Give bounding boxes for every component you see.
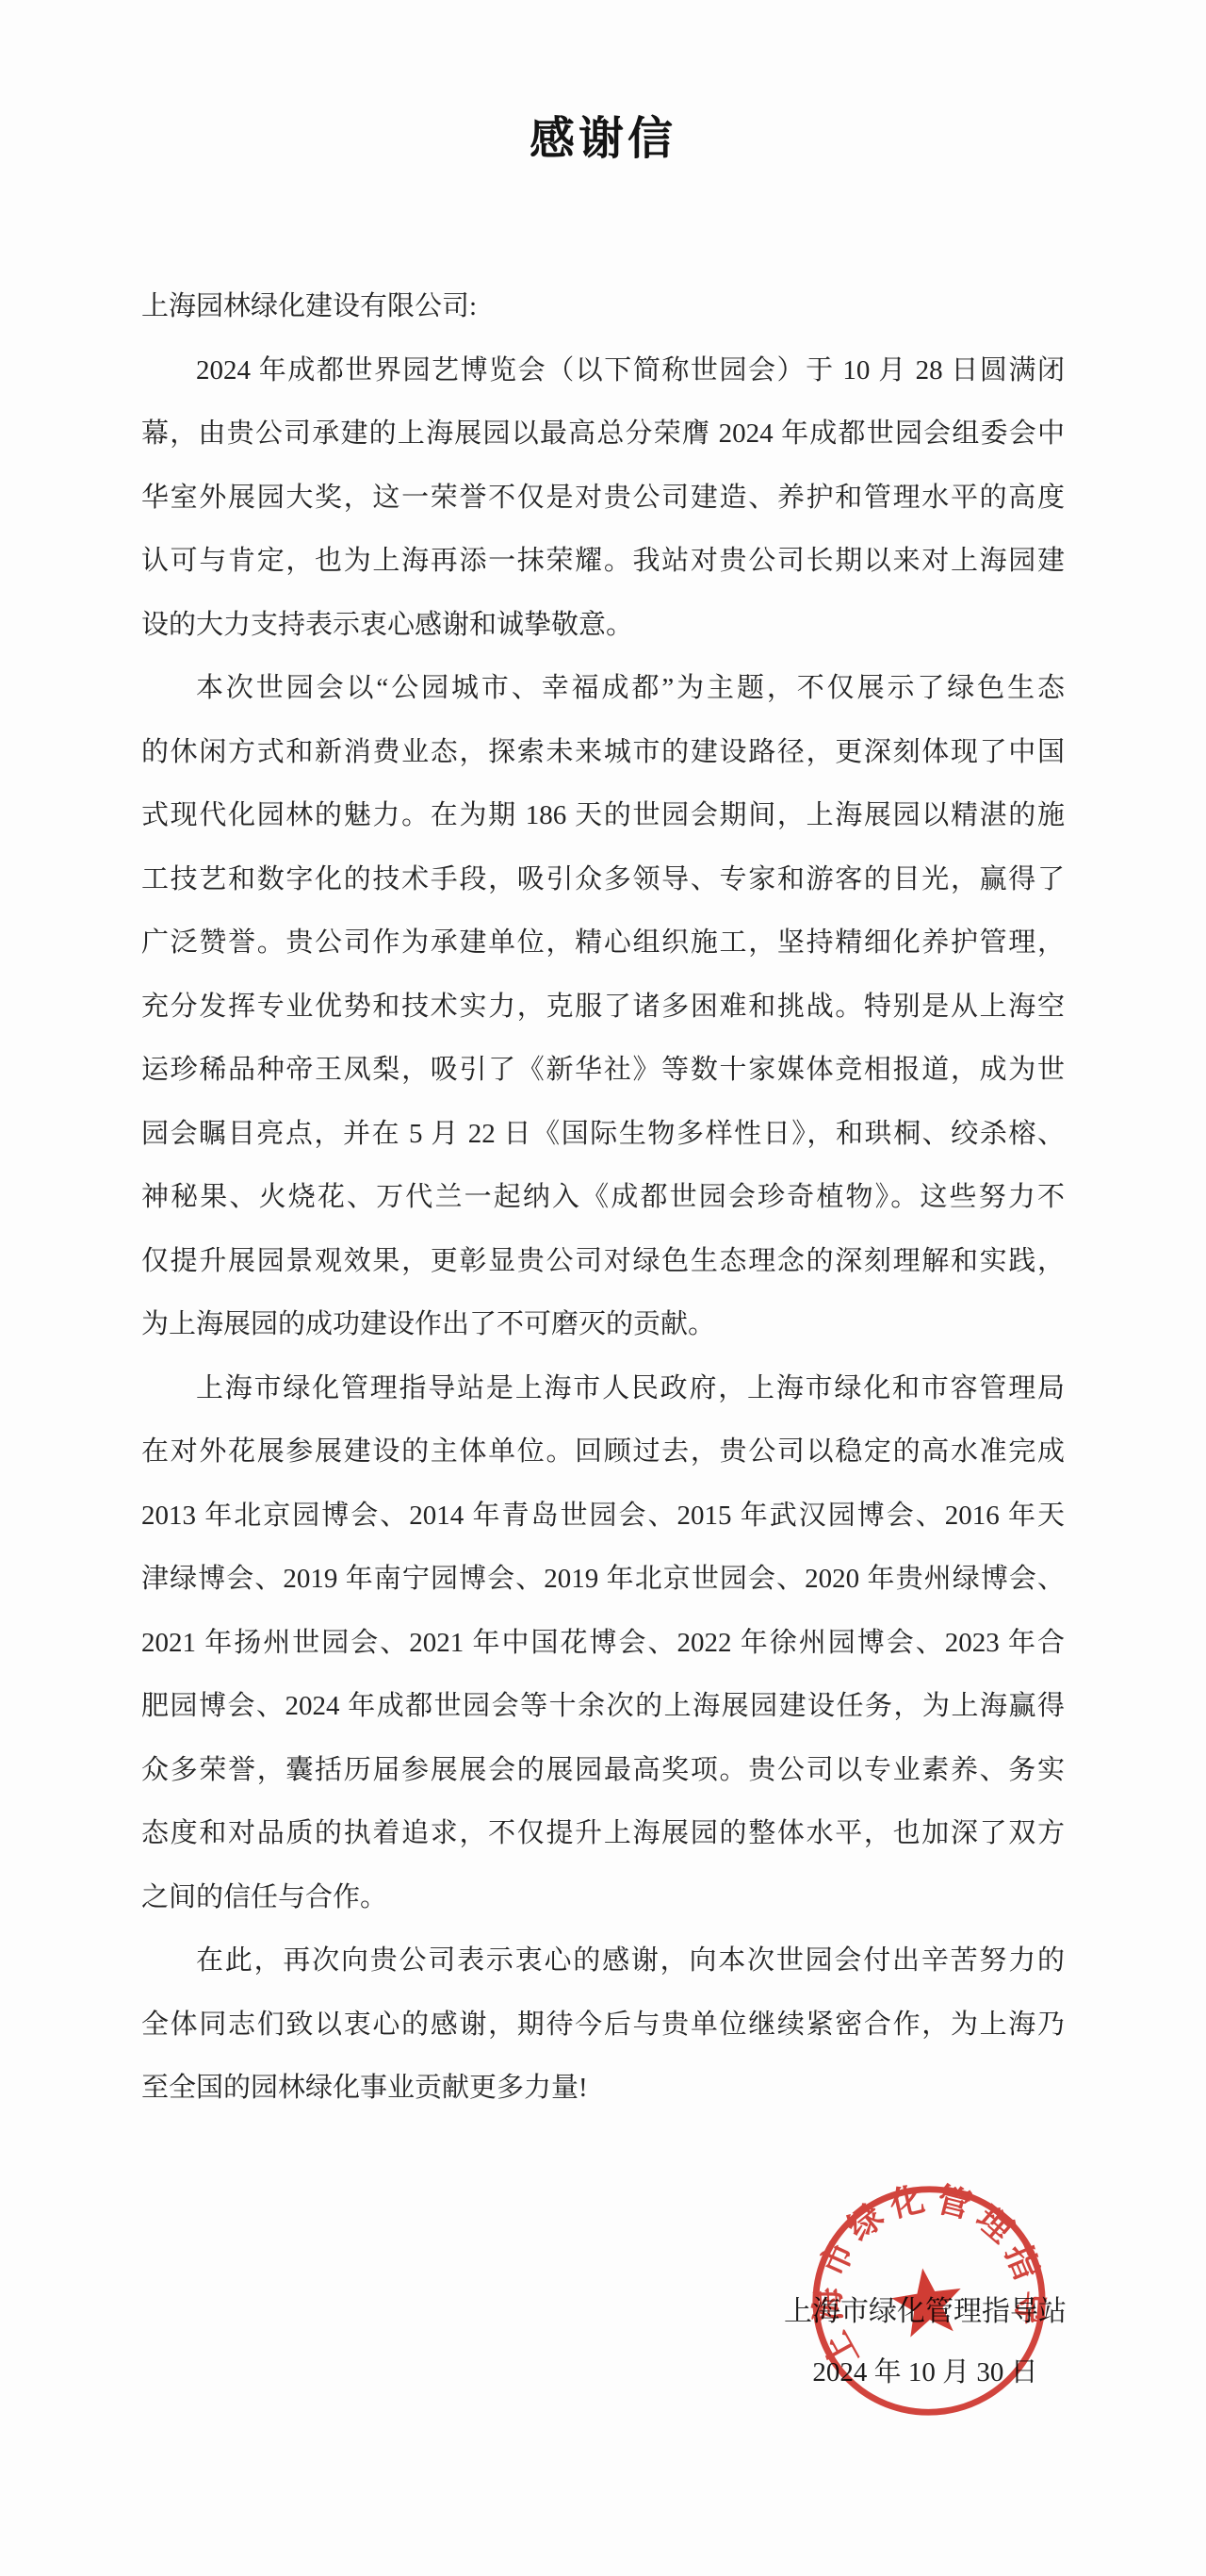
paragraph-2-line-8: 园会瞩目亮点，并在 5 月 22 日《国际生物多样性日》，和珙桐、绞杀榕、 — [141, 1103, 1065, 1167]
paragraph-1-line-3: 华室外展园大奖，这一荣誉不仅是对贵公司建造、养护和管理水平的高度 — [141, 467, 1065, 531]
paragraph-2-line-7: 运珍稀品种帝王凤梨，吸引了《新华社》等数十家媒体竞相报道，成为世 — [141, 1039, 1065, 1103]
paragraphs: 2024 年成都世界园艺博览会（以下简称世园会）于 10 月 28 日圆满闭幕，… — [141, 339, 1065, 2121]
seal-curved-text: 上海市绿化管理指导站 — [808, 2181, 1050, 2378]
paragraph-1-line-5: 设的大力支持表示衷心感谢和诚挚敬意。 — [141, 594, 1065, 658]
paragraph-3-line-5: 2021 年扬州世园会、2021 年中国花博会、2022 年徐州园博会、2023… — [141, 1612, 1065, 1676]
paragraph-2-line-3: 式现代化园林的魅力。在为期 186 天的世园会期间，上海展园以精湛的施 — [141, 784, 1065, 848]
paragraph-2-line-1: 本次世园会以“公园城市、幸福成都”为主题，不仅展示了绿色生态 — [141, 657, 1065, 721]
paragraph-2-line-4: 工技艺和数字化的技术手段，吸引众多领导、专家和游客的目光，赢得了 — [141, 848, 1065, 912]
paragraph-2-line-9: 神秘果、火烧花、万代兰一起纳入《成都世园会珍奇植物》。这些努力不 — [141, 1166, 1065, 1230]
paragraph-3-line-9: 之间的信任与合作。 — [141, 1866, 1065, 1930]
paragraph-1-line-1: 2024 年成都世界园艺博览会（以下简称世园会）于 10 月 28 日圆满闭 — [141, 339, 1065, 403]
paragraph-4-line-3: 至全国的园林绿化事业贡献更多力量! — [141, 2057, 1065, 2121]
paragraph-3-line-1: 上海市绿化管理指导站是上海市人民政府，上海市绿化和市容管理局 — [141, 1357, 1065, 1421]
paragraph-2-line-6: 充分发挥专业优势和技术实力，克服了诸多困难和挑战。特别是从上海空 — [141, 976, 1065, 1040]
letter-page: 感谢信 上海园林绿化建设有限公司: 2024 年成都世界园艺博览会（以下简称世园… — [0, 0, 1206, 2576]
official-seal-stamp: 上海市绿化管理指导站 — [808, 2181, 1050, 2420]
seal-star-icon — [888, 2263, 966, 2338]
paragraph-3-line-4: 津绿博会、2019 年南宁园博会、2019 年北京世园会、2020 年贵州绿博会… — [141, 1548, 1065, 1612]
paragraph-4-line-1: 在此，再次向贵公司表示衷心的感谢，向本次世园会付出辛苦努力的 — [141, 1929, 1065, 1994]
paragraph-2-line-10: 仅提升展园景观效果，更彰显贵公司对绿色生态理念的深刻理解和实践， — [141, 1230, 1065, 1294]
page-title: 感谢信 — [0, 102, 1206, 167]
paragraph-3-line-7: 众多荣誉，囊括历届参展展会的展园最高奖项。贵公司以专业素养、务实 — [141, 1739, 1065, 1803]
paragraph-3-line-3: 2013 年北京园博会、2014 年青岛世园会、2015 年武汉园博会、2016… — [141, 1485, 1065, 1549]
salutation: 上海园林绿化建设有限公司: — [141, 275, 1065, 339]
paragraph-4-line-2: 全体同志们致以衷心的感谢，期待今后与贵单位继续紧密合作，为上海乃 — [141, 1994, 1065, 2058]
paragraph-3-line-2: 在对外花展参展建设的主体单位。回顾过去，贵公司以稳定的高水准完成 — [141, 1420, 1065, 1485]
paragraph-3-line-8: 态度和对品质的执着追求，不仅提升上海展园的整体水平，也加深了双方 — [141, 1802, 1065, 1866]
paragraph-2-line-2: 的休闲方式和新消费业态，探索未来城市的建设路径，更深刻体现了中国 — [141, 721, 1065, 785]
letter-body: 上海园林绿化建设有限公司: 2024 年成都世界园艺博览会（以下简称世园会）于 … — [141, 275, 1065, 2121]
paragraph-1-line-2: 幕，由贵公司承建的上海展园以最高总分荣膺 2024 年成都世园会组委会中 — [141, 402, 1065, 467]
paragraph-3-line-6: 肥园博会、2024 年成都世园会等十余次的上海展园建设任务，为上海赢得 — [141, 1675, 1065, 1739]
paragraph-1-line-4: 认可与肯定，也为上海再添一抹荣耀。我站对贵公司长期以来对上海园建 — [141, 530, 1065, 594]
paragraph-2-line-11: 为上海展园的成功建设作出了不可磨灭的贡献。 — [141, 1293, 1065, 1357]
paragraph-2-line-5: 广泛赞誉。贵公司作为承建单位，精心组织施工，坚持精细化养护管理， — [141, 911, 1065, 976]
